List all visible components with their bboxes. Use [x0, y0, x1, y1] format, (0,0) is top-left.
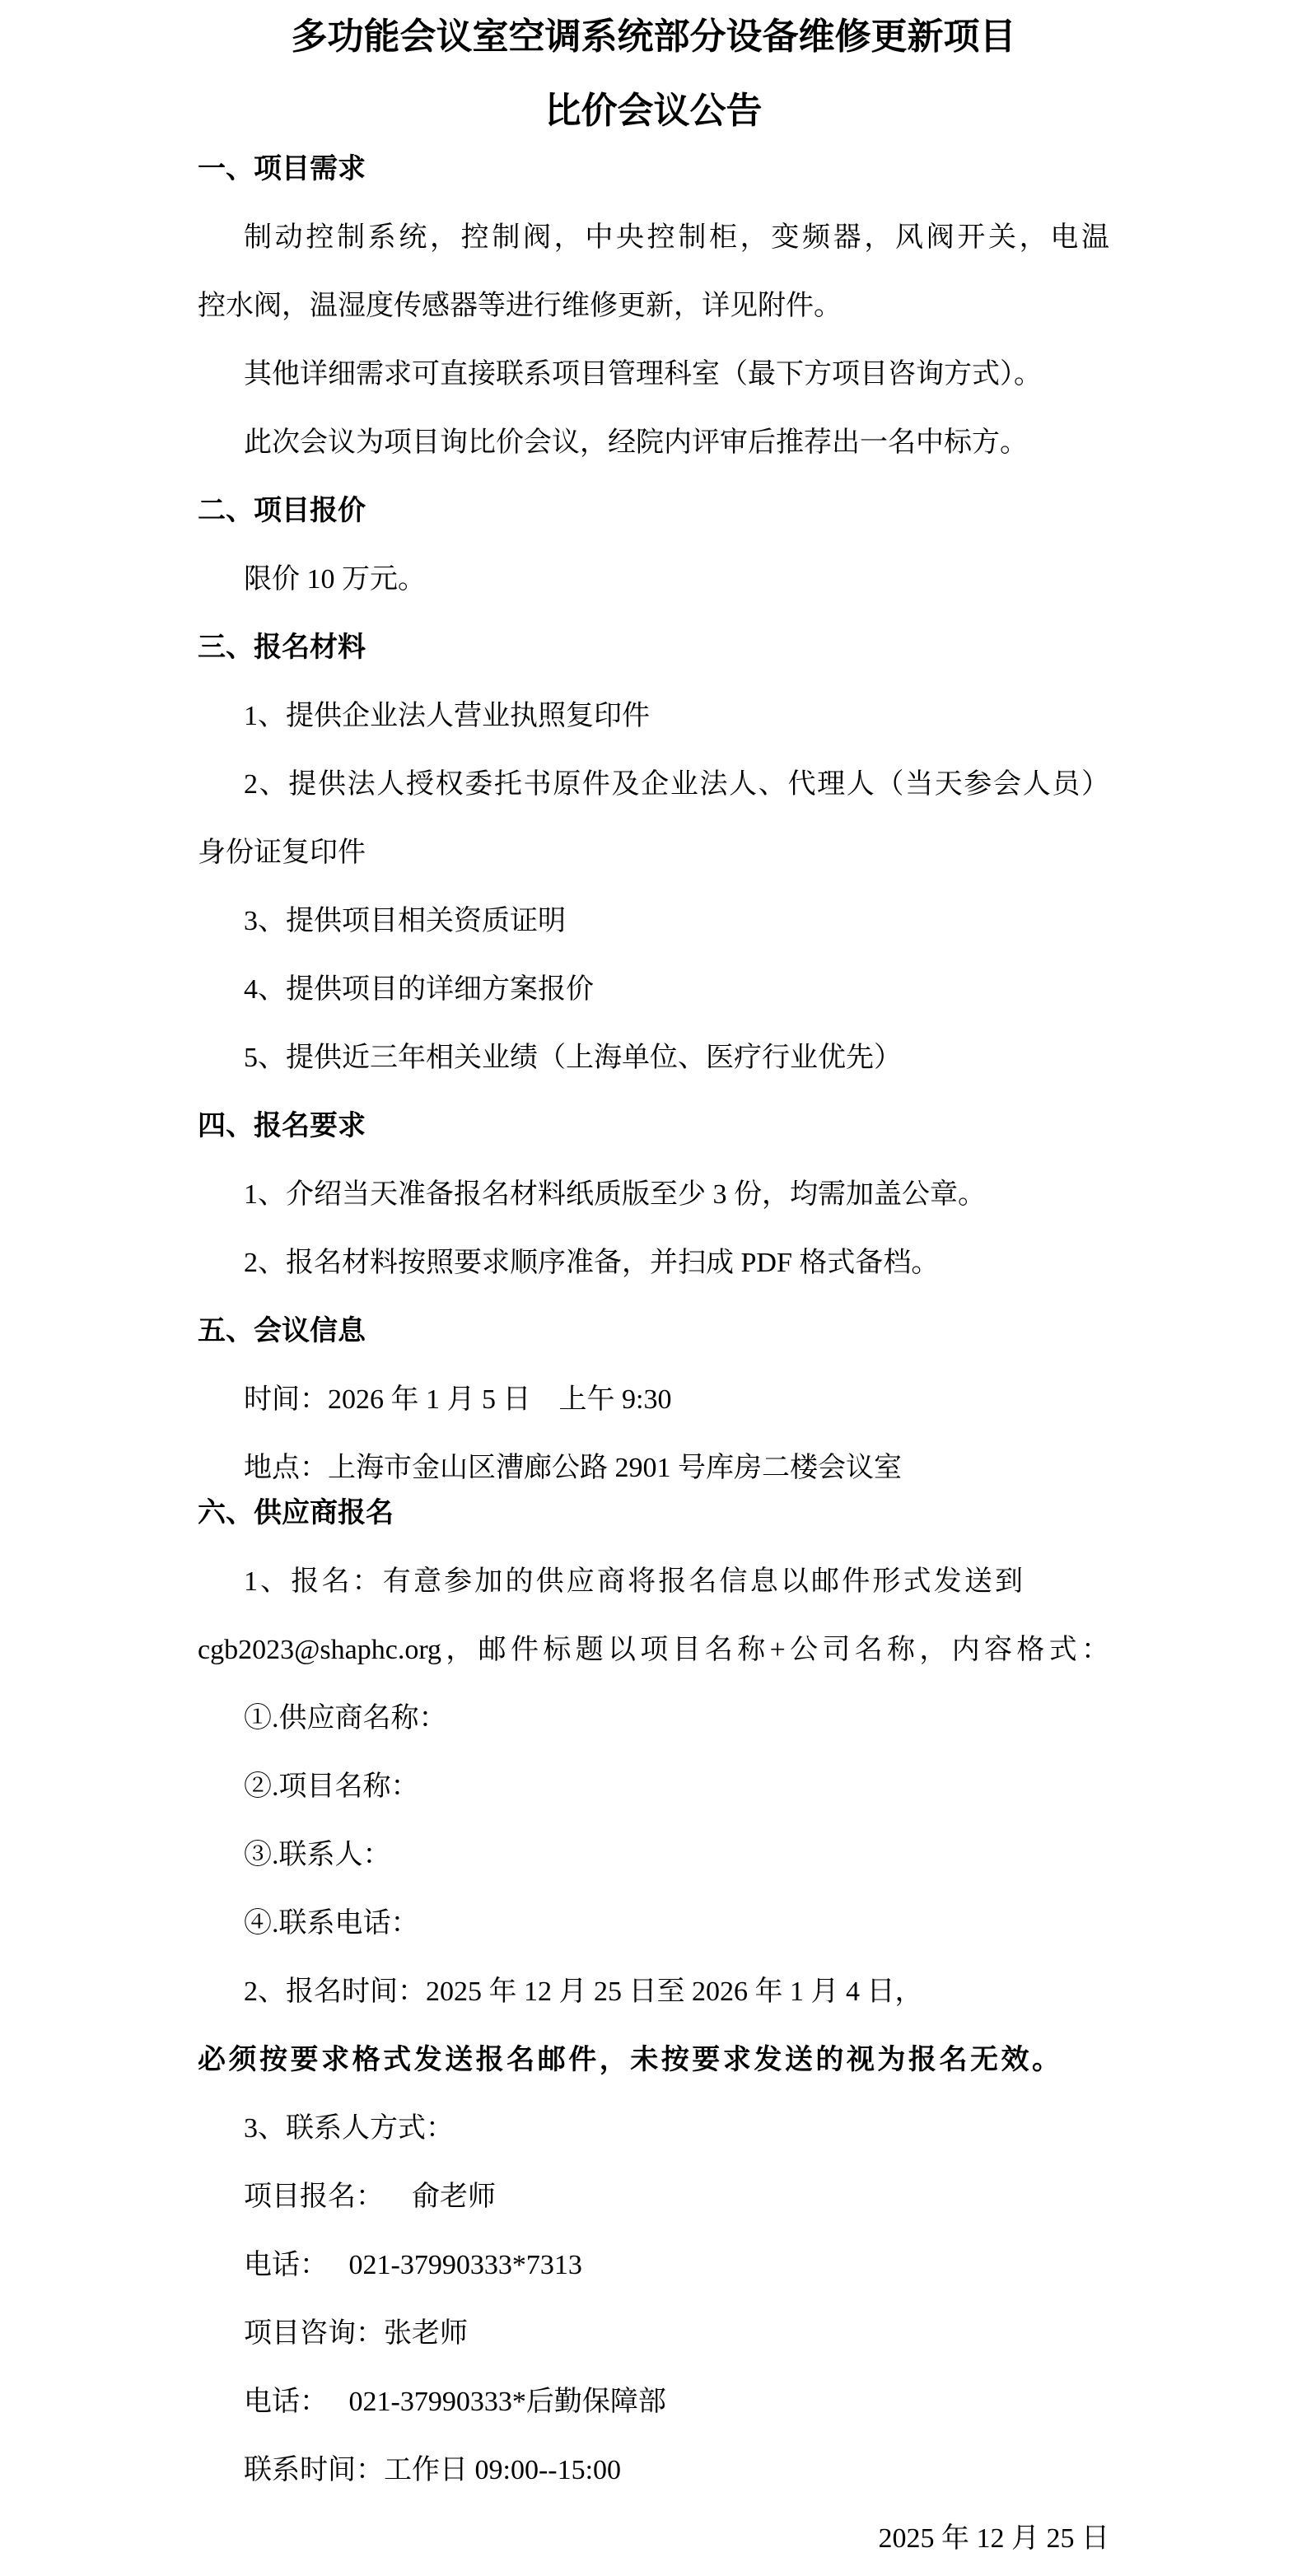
list-item-material-2-continued: 身份证复印件: [198, 819, 1109, 887]
section-heading-meeting-info: 五、会议信息: [198, 1297, 1109, 1365]
para-registration-email-2: cgb2023@shaphc.org，邮件标题以项目名称+公司名称，内容格式：: [198, 1616, 1109, 1684]
section-heading-application-requirements: 四、报名要求: [198, 1092, 1109, 1160]
list-item-format-contact-person: ③.联系人：: [198, 1821, 1109, 1889]
list-item-material-4: 4、提供项目的详细方案报价: [198, 955, 1109, 1024]
announcement-document: 多功能会议室空调系统部分设备维修更新项目 比价会议公告 一、项目需求 制动控制系…: [0, 0, 1307, 2576]
para-registration-email-1: 1、报名：有意参加的供应商将报名信息以邮件形式发送到: [198, 1547, 1109, 1616]
list-item-material-2: 2、提供法人授权委托书原件及企业法人、代理人（当天参会人员）: [198, 750, 1109, 819]
section-heading-project-quote: 二、项目报价: [198, 477, 1109, 545]
contact-registration-name: 项目报名： 俞老师: [198, 2163, 1109, 2231]
section-heading-application-materials: 三、报名材料: [198, 614, 1109, 682]
list-item-format-supplier-name: ①.供应商名称：: [198, 1684, 1109, 1752]
list-item-material-1: 1、提供企业法人营业执照复印件: [198, 682, 1109, 750]
list-item-format-project-name: ②.项目名称：: [198, 1752, 1109, 1821]
para-requirements-meeting-note: 此次会议为项目询比价会议，经院内评审后推荐出一名中标方。: [198, 408, 1109, 477]
list-item-requirement-2: 2、报名材料按照要求顺序准备，并扫成 PDF 格式备档。: [198, 1229, 1109, 1297]
para-requirements-equipment-2: 控水阀，温湿度传感器等进行维修更新，详见附件。: [198, 272, 1109, 340]
list-item-material-3: 3、提供项目相关资质证明: [198, 887, 1109, 955]
para-price-limit: 限价 10 万元。: [198, 545, 1109, 614]
list-item-requirement-1: 1、介绍当天准备报名材料纸质版至少 3 份，均需加盖公章。: [198, 1160, 1109, 1229]
para-requirements-contact-note: 其他详细需求可直接联系项目管理科室（最下方项目咨询方式）。: [198, 340, 1109, 408]
contact-hours: 联系时间：工作日 09:00--15:00: [198, 2436, 1109, 2504]
contact-registration-phone: 电话： 021-37990333*7313: [198, 2231, 1109, 2299]
para-registration-warning: 必须按要求格式发送报名邮件，未按要求发送的视为报名无效。: [198, 2026, 1109, 2094]
para-registration-period: 2、报名时间：2025 年 12 月 25 日至 2026 年 1 月 4 日，: [198, 1958, 1109, 2026]
list-item-material-5: 5、提供近三年相关业绩（上海单位、医疗行业优先）: [198, 1024, 1109, 1092]
list-item-format-contact-phone: ④.联系电话：: [198, 1889, 1109, 1958]
document-title-line-1: 多功能会议室空调系统部分设备维修更新项目: [198, 0, 1109, 74]
meeting-time: 时间：2026 年 1 月 5 日 上午 9:30: [198, 1365, 1109, 1434]
para-requirements-equipment-1: 制动控制系统，控制阀，中央控制柜，变频器，风阀开关，电温: [198, 203, 1109, 272]
document-date: 2025 年 12 月 25 日: [198, 2504, 1109, 2573]
para-contact-methods-heading: 3、联系人方式：: [198, 2094, 1109, 2163]
contact-consult-phone: 电话： 021-37990333*后勤保障部: [198, 2368, 1109, 2436]
contact-consult-name: 项目咨询：张老师: [198, 2299, 1109, 2368]
